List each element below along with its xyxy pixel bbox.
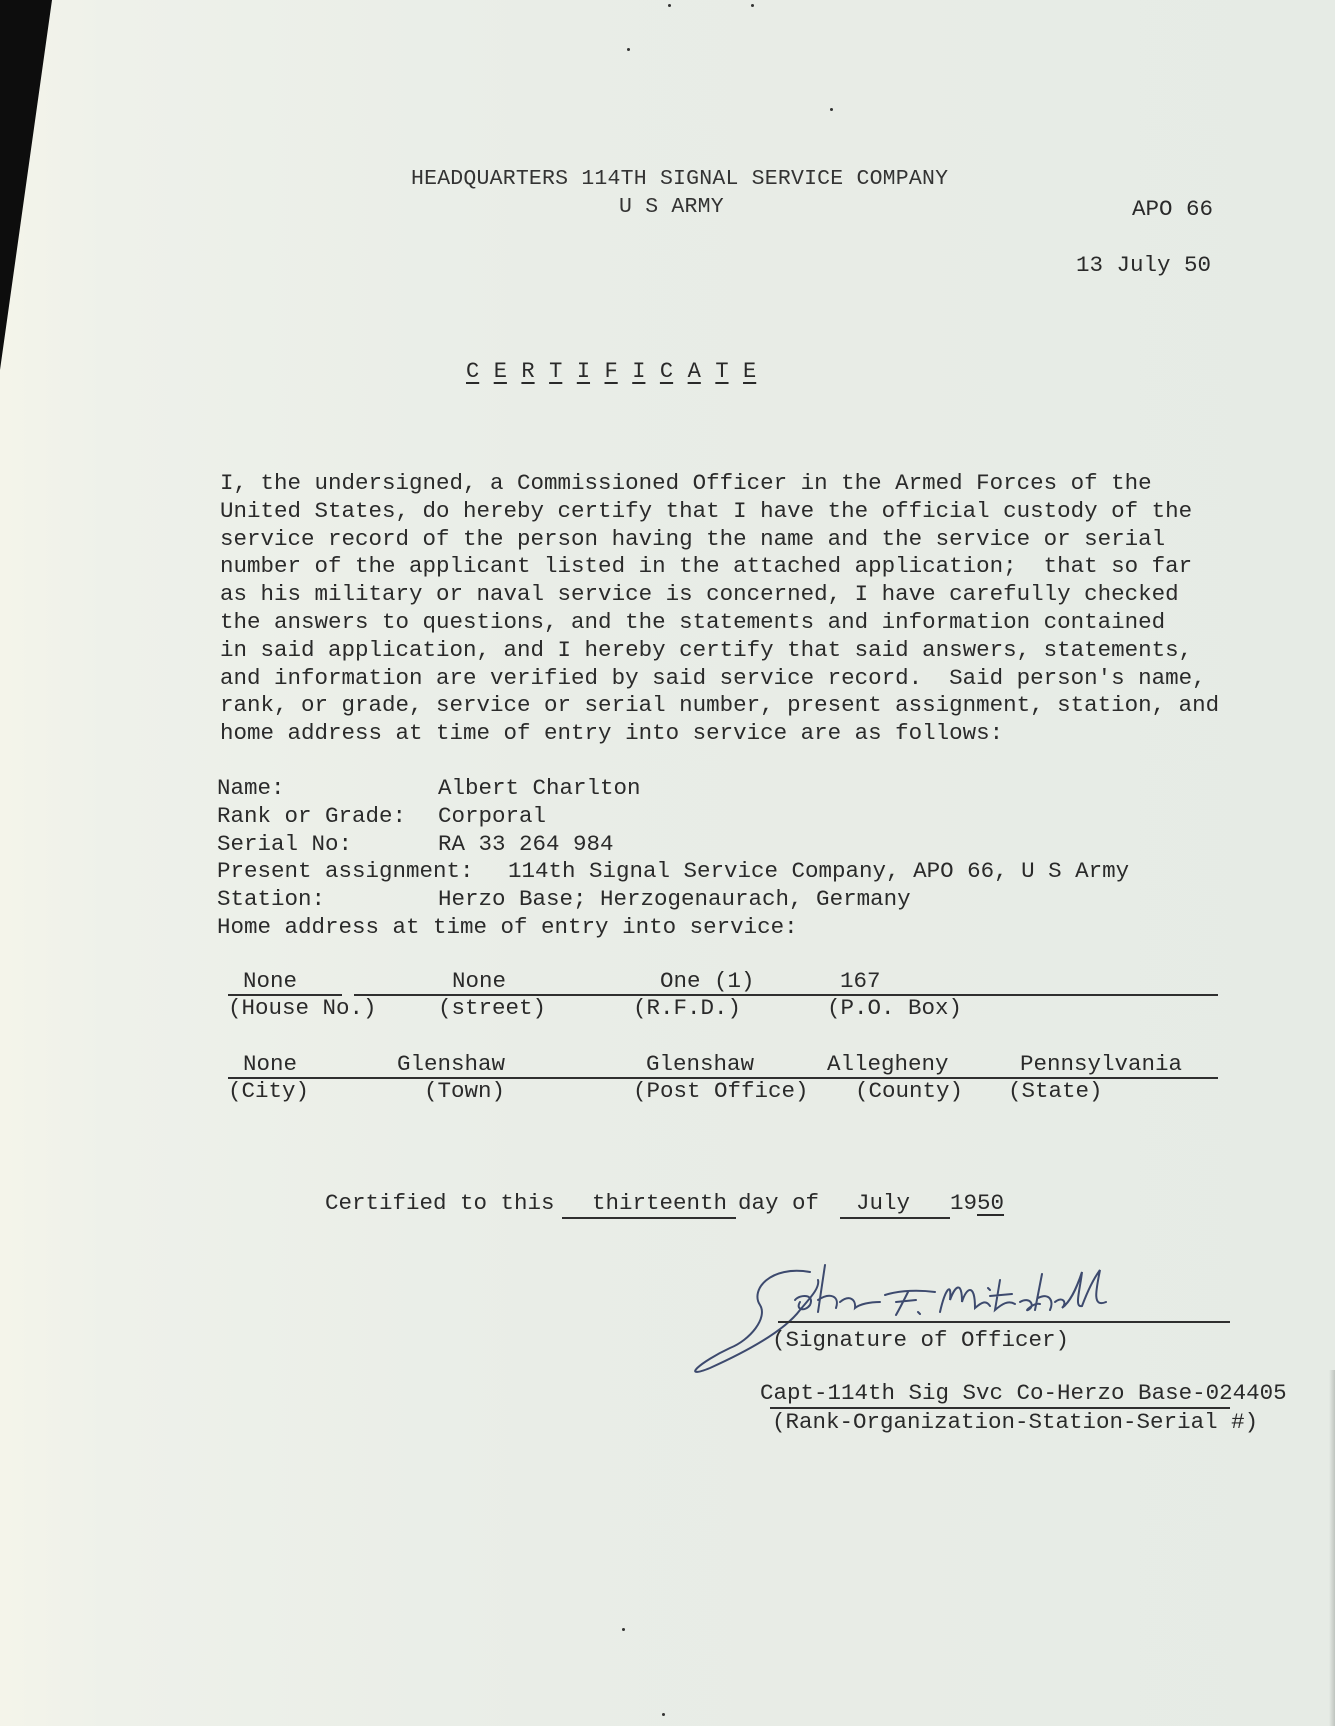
- body-line: in said application, and I hereby certif…: [220, 637, 1219, 665]
- certified-day: thirteenth: [592, 1192, 727, 1215]
- name-value: Albert Charlton: [438, 777, 641, 800]
- paper-edge-shadow: [1329, 1370, 1335, 1726]
- document-date: 13 July 50: [1076, 254, 1211, 277]
- post-office-label: (Post Office): [633, 1080, 809, 1103]
- speck: [830, 108, 833, 111]
- body-line: home address at time of entry into servi…: [220, 720, 1219, 748]
- body-line: and information are verified by said ser…: [220, 665, 1219, 693]
- station-label: Station:: [217, 888, 325, 911]
- title-letter: C: [660, 359, 673, 384]
- underline: [840, 1217, 950, 1219]
- title-letter: A: [688, 359, 701, 384]
- body-line: as his military or naval service is conc…: [220, 581, 1219, 609]
- branch-heading: U S ARMY: [619, 197, 724, 219]
- street-label: (street): [438, 997, 546, 1020]
- state-label: (State): [1008, 1080, 1103, 1103]
- serial-value: RA 33 264 984: [438, 833, 614, 856]
- body-line: the answers to questions, and the statem…: [220, 609, 1219, 637]
- serial-label: Serial No:: [217, 833, 352, 856]
- certified-year-suffix: 50: [977, 1192, 1004, 1215]
- title-letter: R: [521, 359, 534, 384]
- title-letter: T: [549, 359, 562, 384]
- title-letter: E: [743, 359, 756, 384]
- title-letter: I: [632, 359, 645, 384]
- officer-signature: [690, 1250, 1250, 1390]
- body-line: number of the applicant listed in the at…: [220, 553, 1219, 581]
- town-value: Glenshaw: [397, 1053, 505, 1076]
- home-address-label: Home address at time of entry into servi…: [217, 916, 798, 939]
- po-box-value: 167: [840, 970, 881, 993]
- rank-value: Corporal: [438, 805, 546, 828]
- street-value: None: [452, 970, 506, 993]
- certified-prefix: Certified to this: [325, 1192, 555, 1215]
- po-box-label: (P.O. Box): [827, 997, 962, 1020]
- rank-label: Rank or Grade:: [217, 805, 406, 828]
- county-label: (County): [855, 1080, 963, 1103]
- body-line: I, the undersigned, a Commissioned Offic…: [220, 470, 1219, 498]
- apo-number: APO 66: [1132, 198, 1213, 221]
- unit-heading: HEADQUARTERS 114TH SIGNAL SERVICE COMPAN…: [411, 169, 948, 191]
- certificate-body: I, the undersigned, a Commissioned Offic…: [220, 470, 1219, 748]
- certified-month: July: [856, 1192, 910, 1215]
- speck: [622, 1628, 625, 1631]
- title-letter: E: [494, 359, 507, 384]
- state-value: Pennsylvania: [1020, 1053, 1182, 1076]
- body-line: service record of the person having the …: [220, 526, 1219, 554]
- title-letter: T: [715, 359, 728, 384]
- rfd-label: (R.F.D.): [633, 997, 741, 1020]
- name-label: Name:: [217, 777, 285, 800]
- title-letter: F: [605, 359, 618, 384]
- house-no-value: None: [243, 970, 297, 993]
- officer-rank-label: (Rank-Organization-Station-Serial #): [772, 1411, 1258, 1434]
- signature-label: (Signature of Officer): [772, 1329, 1069, 1352]
- town-label: (Town): [424, 1080, 505, 1103]
- certified-mid: day of: [738, 1192, 819, 1215]
- body-line: United States, do hereby certify that I …: [220, 498, 1219, 526]
- assignment-value: 114th Signal Service Company, APO 66, U …: [508, 860, 1129, 883]
- station-value: Herzo Base; Herzogenaurach, Germany: [438, 888, 911, 911]
- certificate-title: CERTIFICATE: [466, 361, 771, 383]
- city-label: (City): [228, 1080, 309, 1103]
- title-letter: I: [577, 359, 590, 384]
- speck: [627, 48, 630, 51]
- body-line: rank, or grade, service or serial number…: [220, 692, 1219, 720]
- speck: [662, 1713, 665, 1716]
- certified-year-prefix: 19: [950, 1192, 977, 1215]
- county-value: Allegheny: [827, 1053, 949, 1076]
- rfd-value: One (1): [660, 970, 755, 993]
- speck: [751, 4, 754, 7]
- house-no-label: (House No.): [228, 997, 377, 1020]
- assignment-label: Present assignment:: [217, 860, 474, 883]
- speck: [668, 4, 671, 7]
- post-office-value: Glenshaw: [646, 1053, 754, 1076]
- officer-rank-line: Capt-114th Sig Svc Co-Herzo Base-024405: [760, 1382, 1287, 1405]
- underline: [562, 1217, 736, 1219]
- city-value: None: [243, 1053, 297, 1076]
- title-letter: C: [466, 359, 479, 384]
